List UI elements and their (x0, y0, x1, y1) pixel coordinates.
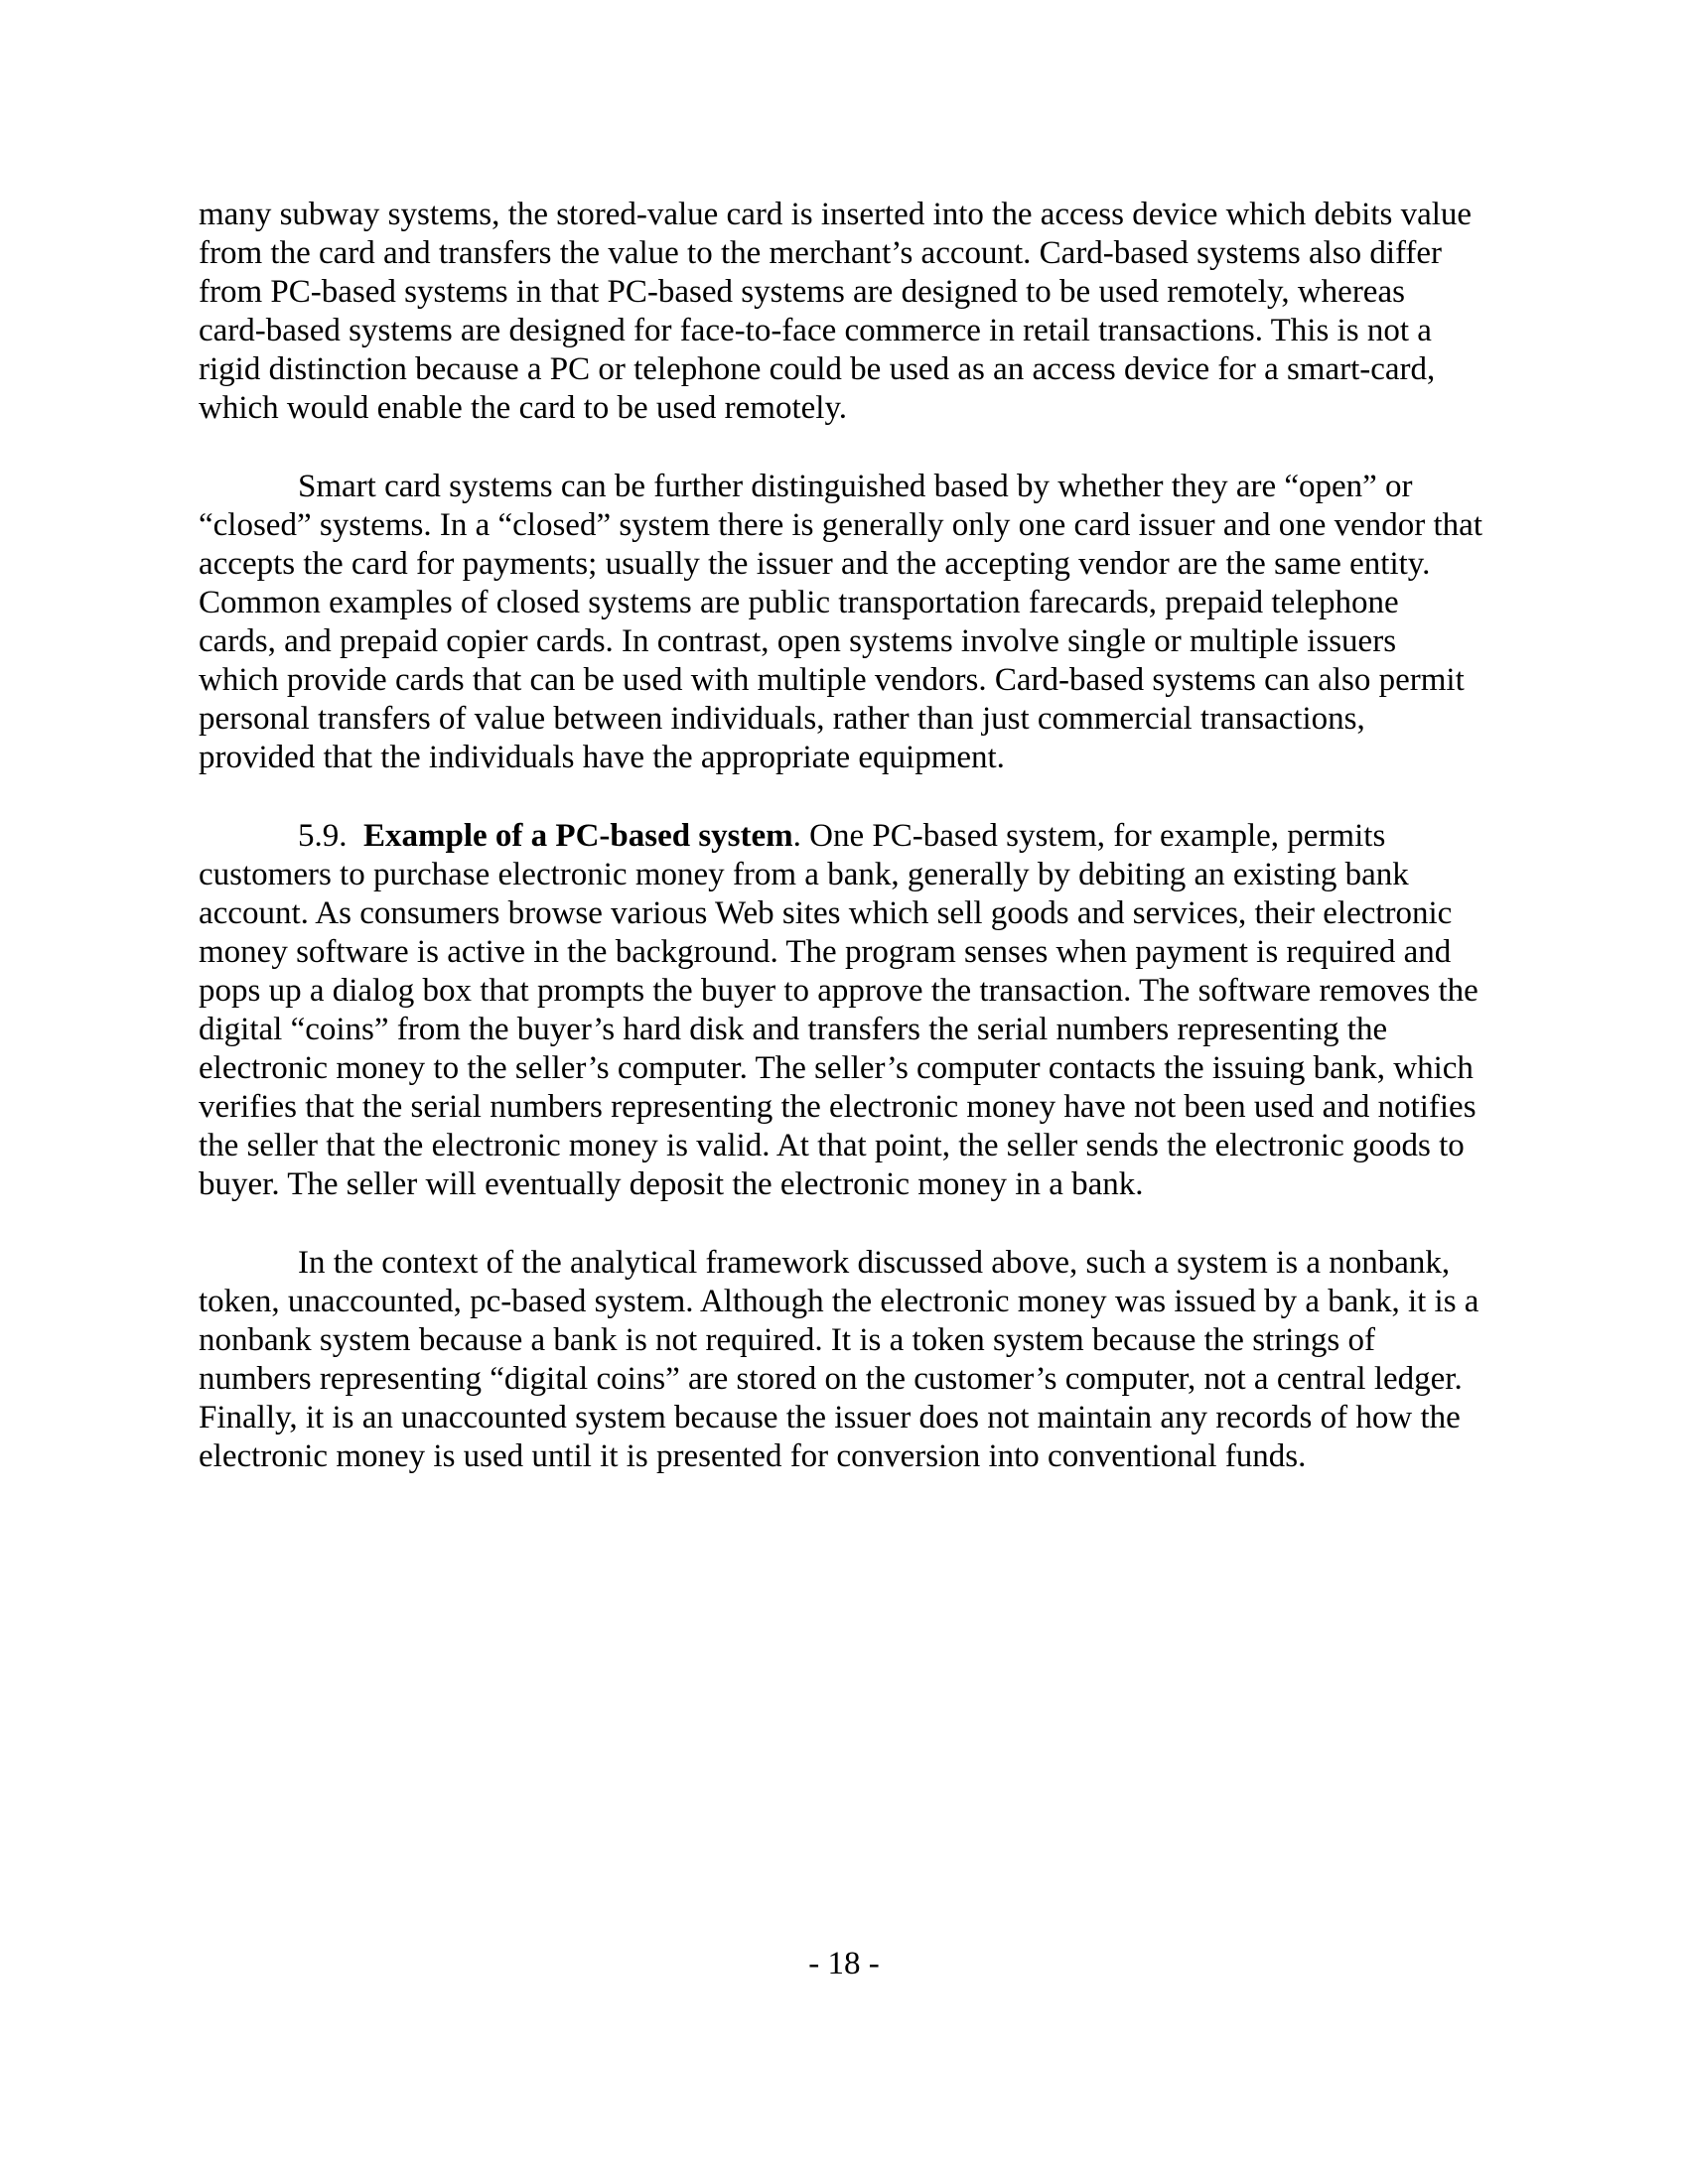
text-line: Smart card systems can be further distin… (199, 468, 1509, 506)
text-line: digital “coins” from the buyer’s hard di… (199, 1011, 1509, 1049)
text-line: “closed” systems. In a “closed” system t… (199, 506, 1509, 545)
text-line: verifies that the serial numbers represe… (199, 1088, 1509, 1127)
text-line: money software is active in the backgrou… (199, 933, 1509, 972)
text-line: buyer. The seller will eventually deposi… (199, 1165, 1509, 1204)
text-line: card-based systems are designed for face… (199, 312, 1509, 350)
text-line: many subway systems, the stored-value ca… (199, 196, 1509, 234)
paragraph-open-closed-systems: Smart card systems can be further distin… (199, 468, 1509, 778)
text-line: Finally, it is an unaccounted system bec… (199, 1399, 1509, 1437)
text-line: electronic money is used until it is pre… (199, 1437, 1509, 1476)
text-line: accepts the card for payments; usually t… (199, 545, 1509, 584)
section-heading-line: 5.9. Example of a PC-based system. One P… (199, 817, 1509, 856)
text-line: which would enable the card to be used r… (199, 389, 1509, 428)
text-line: from PC-based systems in that PC-based s… (199, 273, 1509, 312)
text-line: rigid distinction because a PC or teleph… (199, 350, 1509, 389)
page-number: - 18 - (0, 1945, 1688, 1983)
body-text: many subway systems, the stored-value ca… (199, 196, 1509, 1515)
text-line: nonbank system because a bank is not req… (199, 1321, 1509, 1360)
text-line-rest: . One PC-based system, for example, perm… (793, 818, 1386, 854)
section-title: Example of a PC-based system (363, 818, 793, 854)
text-line: the seller that the electronic money is … (199, 1127, 1509, 1165)
paragraph-analytical-framework: In the context of the analytical framewo… (199, 1244, 1509, 1477)
text-line: Common examples of closed systems are pu… (199, 584, 1509, 622)
text-line: from the card and transfers the value to… (199, 234, 1509, 273)
paragraph-pc-based-example: 5.9. Example of a PC-based system. One P… (199, 817, 1509, 1205)
document-page: many subway systems, the stored-value ca… (0, 0, 1688, 2184)
text-line: provided that the individuals have the a… (199, 739, 1509, 777)
text-line: which provide cards that can be used wit… (199, 661, 1509, 700)
text-line: personal transfers of value between indi… (199, 700, 1509, 739)
text-line: pops up a dialog box that prompts the bu… (199, 972, 1509, 1011)
text-line: electronic money to the seller’s compute… (199, 1049, 1509, 1088)
section-number: 5.9. (298, 818, 348, 854)
text-line: In the context of the analytical framewo… (199, 1244, 1509, 1283)
text-line: account. As consumers browse various Web… (199, 894, 1509, 933)
text-line: token, unaccounted, pc-based system. Alt… (199, 1283, 1509, 1321)
text-line: cards, and prepaid copier cards. In cont… (199, 622, 1509, 661)
text-line: numbers representing “digital coins” are… (199, 1360, 1509, 1399)
paragraph-card-based-systems: many subway systems, the stored-value ca… (199, 196, 1509, 429)
text-line: customers to purchase electronic money f… (199, 856, 1509, 894)
